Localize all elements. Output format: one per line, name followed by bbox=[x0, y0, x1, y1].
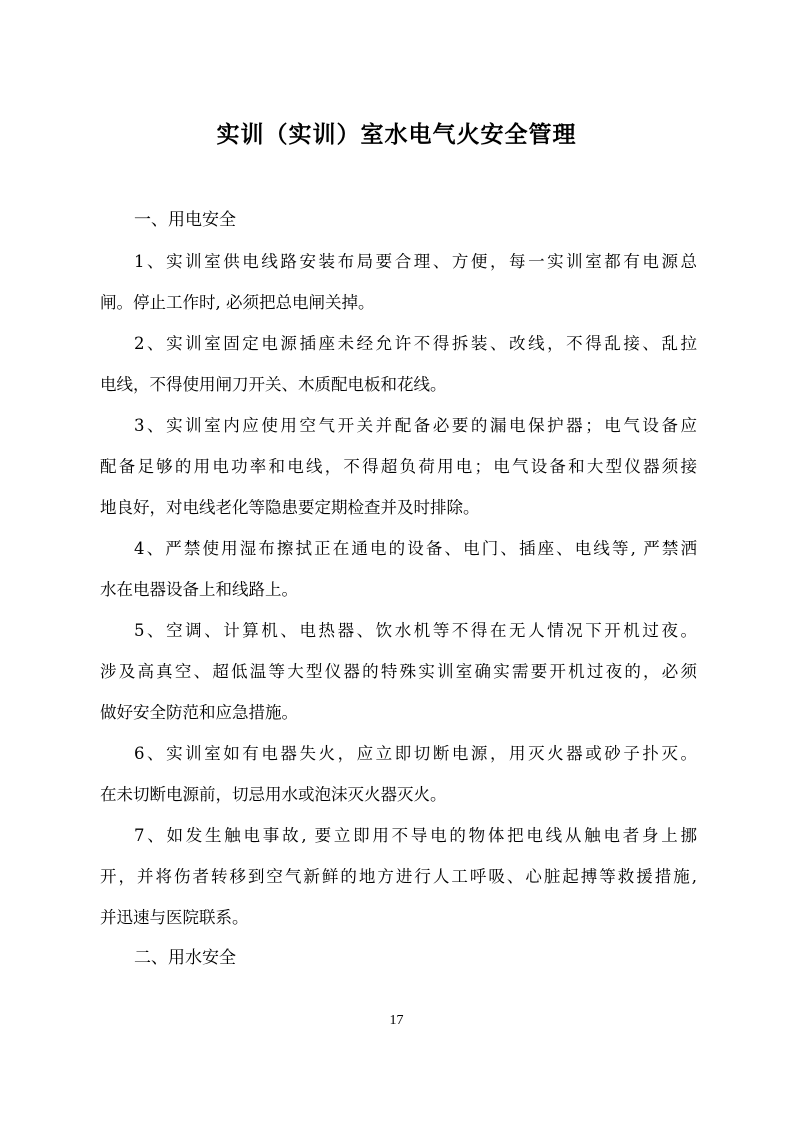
paragraph-item-3: 3、实训室内应使用空气开关并配备必要的漏电保护器；电气设备应 配备足够的用电功率… bbox=[100, 405, 697, 528]
paragraph-line: 电线，不得使用闸刀开关、木质配电板和花线。 bbox=[100, 364, 697, 405]
paragraph-line: 闸。停止工作时, 必须把总电闸关掉。 bbox=[100, 282, 697, 323]
paragraph-line: 配备足够的用电功率和电线，不得超负荷用电；电气设备和大型仪器须接 bbox=[100, 446, 697, 487]
paragraph-line: 水在电器设备上和线路上。 bbox=[100, 569, 697, 610]
document-page: 实训（实训）室水电气火安全管理 一、用电安全 1、实训室供电线路安装布局要合理、… bbox=[0, 0, 793, 1122]
document-title: 实训（实训）室水电气火安全管理 bbox=[0, 118, 793, 152]
document-body: 一、用电安全 1、实训室供电线路安装布局要合理、方便，每一实训室都有电源总 闸。… bbox=[100, 200, 697, 979]
paragraph-line: 做好安全防范和应急措施。 bbox=[100, 692, 697, 733]
paragraph-line: 4、严禁使用湿布擦拭正在通电的设备、电门、插座、电线等, 严禁洒 bbox=[100, 528, 697, 569]
paragraph-line: 7、如发生触电事故, 要立即用不导电的物体把电线从触电者身上挪 bbox=[100, 815, 697, 856]
page-number: 17 bbox=[0, 1013, 793, 1029]
section-heading-electricity: 一、用电安全 bbox=[100, 200, 697, 241]
paragraph-line: 在未切断电源前，切忌用水或泡沫灭火器灭火。 bbox=[100, 774, 697, 815]
paragraph-item-5: 5、空调、计算机、电热器、饮水机等不得在无人情况下开机过夜。 涉及高真空、超低温… bbox=[100, 610, 697, 733]
section-heading-water: 二、用水安全 bbox=[100, 938, 697, 979]
paragraph-item-6: 6、实训室如有电器失火，应立即切断电源，用灭火器或砂子扑灭。 在未切断电源前，切… bbox=[100, 733, 697, 815]
paragraph-line: 5、空调、计算机、电热器、饮水机等不得在无人情况下开机过夜。 bbox=[100, 610, 697, 651]
paragraph-line: 开，并将伤者转移到空气新鲜的地方进行人工呼吸、心脏起搏等救援措施, bbox=[100, 856, 697, 897]
paragraph-item-2: 2、实训室固定电源插座未经允许不得拆装、改线，不得乱接、乱拉 电线，不得使用闸刀… bbox=[100, 323, 697, 405]
paragraph-item-7: 7、如发生触电事故, 要立即用不导电的物体把电线从触电者身上挪 开，并将伤者转移… bbox=[100, 815, 697, 938]
paragraph-line: 并迅速与医院联系。 bbox=[100, 897, 697, 938]
paragraph-line: 地良好，对电线老化等隐患要定期检查并及时排除。 bbox=[100, 487, 697, 528]
paragraph-item-1: 1、实训室供电线路安装布局要合理、方便，每一实训室都有电源总 闸。停止工作时, … bbox=[100, 241, 697, 323]
paragraph-line: 6、实训室如有电器失火，应立即切断电源，用灭火器或砂子扑灭。 bbox=[100, 733, 697, 774]
paragraph-line: 3、实训室内应使用空气开关并配备必要的漏电保护器；电气设备应 bbox=[100, 405, 697, 446]
paragraph-line: 1、实训室供电线路安装布局要合理、方便，每一实训室都有电源总 bbox=[100, 241, 697, 282]
paragraph-item-4: 4、严禁使用湿布擦拭正在通电的设备、电门、插座、电线等, 严禁洒 水在电器设备上… bbox=[100, 528, 697, 610]
paragraph-line: 涉及高真空、超低温等大型仪器的特殊实训室确实需要开机过夜的，必须 bbox=[100, 651, 697, 692]
paragraph-line: 2、实训室固定电源插座未经允许不得拆装、改线，不得乱接、乱拉 bbox=[100, 323, 697, 364]
